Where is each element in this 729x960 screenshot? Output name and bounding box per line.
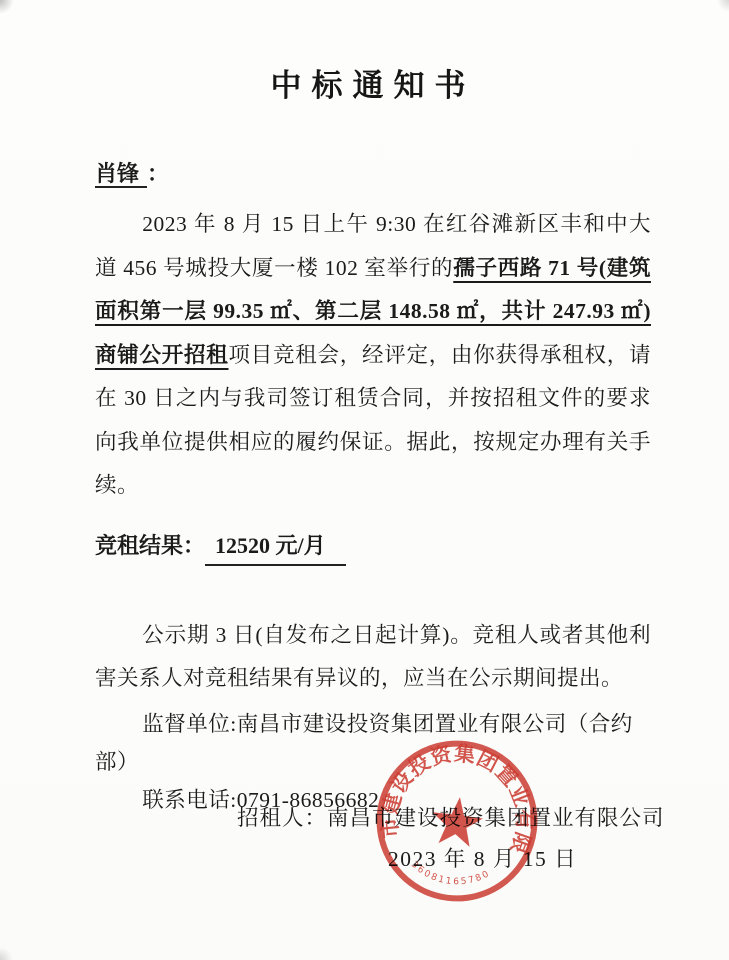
bid-result-label: 竞租结果： bbox=[95, 533, 205, 558]
bid-result-line: 竞租结果：12520 元/月 bbox=[95, 530, 651, 566]
seal-star-icon bbox=[429, 794, 485, 848]
company-seal: 南昌市建设投资集团置业有限公司 36081165780 bbox=[361, 725, 553, 917]
public-notice-paragraph: 公示期 3 日(自发布之日起计算)。竞租人或者其他利害关系人对竞租结果有异议的，… bbox=[95, 614, 651, 701]
document-page: 中标通知书 肖锋： 2023 年 8 月 15 日上午 9:30 在红谷滩新区丰… bbox=[0, 0, 729, 960]
recipient-colon: ： bbox=[147, 161, 169, 186]
recipient-name: 肖锋 bbox=[95, 161, 147, 188]
recipient-line: 肖锋： bbox=[95, 159, 651, 189]
supervisor-line: 监督单位:南昌市建设投资集团置业有限公司（合约部） bbox=[95, 705, 651, 781]
document-title: 中标通知书 bbox=[95, 60, 651, 105]
document-content: 中标通知书 肖锋： 2023 年 8 月 15 日上午 9:30 在红谷滩新区丰… bbox=[0, 0, 729, 819]
award-paragraph: 2023 年 8 月 15 日上午 9:30 在红谷滩新区丰和中大道 456 号… bbox=[95, 203, 651, 508]
bid-result-value: 12520 元/月 bbox=[205, 530, 346, 566]
